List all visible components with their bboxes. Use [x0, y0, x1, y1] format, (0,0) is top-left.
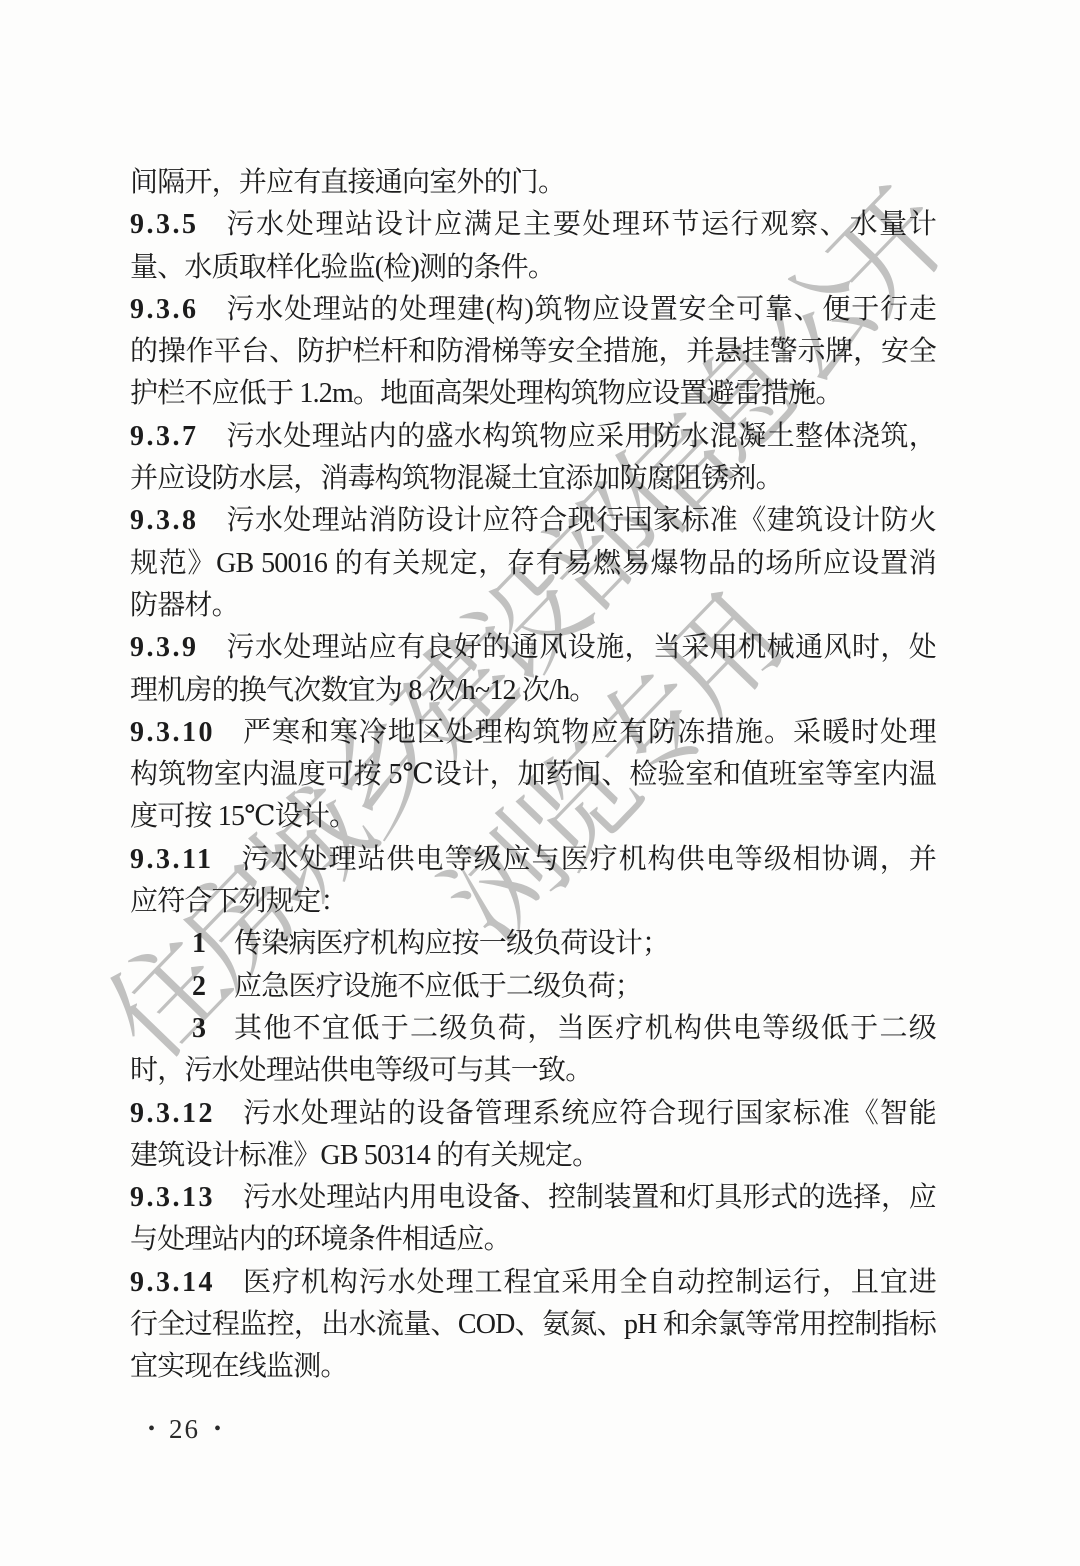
clause-line: 9.3.11污水处理站供电等级应与医疗机构供电等级相协调，并	[130, 839, 936, 881]
line-text: 时，污水处理站供电等级可与其一致。	[130, 1050, 936, 1092]
line-text: 间隔开，并应有直接通向室外的门。	[130, 162, 936, 204]
text-line: 行全过程监控，出水流量、COD、氨氮、pH 和余氯等常用控制指标	[130, 1304, 936, 1346]
page-number: 26	[169, 1414, 200, 1444]
line-text: 污水处理站设计应满足主要处理环节运行观察、水量计	[227, 204, 937, 246]
text-line: 宜实现在线监测。	[130, 1346, 936, 1388]
clause-number: 9.3.10	[130, 712, 215, 754]
line-text: 护栏不应低于 1.2m。地面高架处理构筑物应设置避雷措施。	[130, 373, 936, 415]
line-text: 严寒和寒冷地区处理构筑物应有防冻措施。采暖时处理	[243, 712, 936, 754]
line-text: 规范》GB 50016 的有关规定，存有易燃易爆物品的场所应设置消	[130, 543, 936, 585]
line-text: 医疗机构污水处理工程宜采用全自动控制运行，且宜进	[243, 1262, 936, 1304]
line-text: 度可按 15℃设计。	[130, 796, 936, 838]
footer-left-dot: •	[148, 1414, 155, 1444]
clause-number: 9.3.13	[130, 1177, 215, 1219]
text-line: 规范》GB 50016 的有关规定，存有易燃易爆物品的场所应设置消	[130, 543, 936, 585]
clause-line: 9.3.8污水处理站消防设计应符合现行国家标准《建筑设计防火	[130, 500, 936, 542]
clause-line: 9.3.7污水处理站内的盛水构筑物应采用防水混凝土整体浇筑，	[130, 416, 936, 458]
text-line: 并应设防水层，消毒构筑物混凝土宜添加防腐阻锈剂。	[130, 458, 936, 500]
clause-line: 9.3.14医疗机构污水处理工程宜采用全自动控制运行，且宜进	[130, 1262, 936, 1304]
text-line: 构筑物室内温度可按 5℃设计，加药间、检验室和值班室等室内温	[130, 754, 936, 796]
clause-number: 9.3.6	[130, 289, 199, 331]
line-text: 应符合下列规定：	[130, 881, 936, 923]
sub-item-line: 3其他不宜低于二级负荷，当医疗机构供电等级低于二级	[130, 1008, 936, 1050]
text-line: 量、水质取样化验监(检)测的条件。	[130, 247, 936, 289]
text-line: 间隔开，并应有直接通向室外的门。	[130, 162, 936, 204]
clause-number: 9.3.9	[130, 627, 199, 669]
sub-item-number: 1	[192, 923, 206, 965]
text-line: 应符合下列规定：	[130, 881, 936, 923]
document-page: 住房城乡建设部信息公开 浏览专用 间隔开，并应有直接通向室外的门。9.3.5污水…	[0, 0, 1080, 1566]
text-line: 理机房的换气次数宜为 8 次/h~12 次/h。	[130, 670, 936, 712]
page-footer: • 26 •	[148, 1414, 221, 1444]
line-text: 污水处理站供电等级应与医疗机构供电等级相协调，并	[241, 839, 936, 881]
clause-number: 9.3.12	[130, 1093, 215, 1135]
line-text: 与处理站内的环境条件相适应。	[130, 1219, 936, 1261]
clause-line: 9.3.5污水处理站设计应满足主要处理环节运行观察、水量计	[130, 204, 936, 246]
clause-line: 9.3.13污水处理站内用电设备、控制装置和灯具形式的选择，应	[130, 1177, 936, 1219]
clause-line: 9.3.6污水处理站的处理建(构)筑物应设置安全可靠、便于行走	[130, 289, 936, 331]
sub-item-line: 1传染病医疗机构应按一级负荷设计；	[130, 923, 936, 965]
clause-line: 9.3.9污水处理站应有良好的通风设施，当采用机械通风时，处	[130, 627, 936, 669]
line-text: 应急医疗设施不应低于二级负荷；	[234, 966, 936, 1008]
line-text: 污水处理站应有良好的通风设施，当采用机械通风时，处	[227, 627, 937, 669]
text-line: 与处理站内的环境条件相适应。	[130, 1219, 936, 1261]
clause-line: 9.3.12污水处理站的设备管理系统应符合现行国家标准《智能	[130, 1093, 936, 1135]
sub-item-number: 3	[192, 1008, 206, 1050]
sub-item-number: 2	[192, 966, 206, 1008]
line-text: 污水处理站的处理建(构)筑物应设置安全可靠、便于行走	[227, 289, 937, 331]
sub-item-line: 2应急医疗设施不应低于二级负荷；	[130, 966, 936, 1008]
text-line: 时，污水处理站供电等级可与其一致。	[130, 1050, 936, 1092]
line-text: 行全过程监控，出水流量、COD、氨氮、pH 和余氯等常用控制指标	[130, 1304, 936, 1346]
line-text: 污水处理站内的盛水构筑物应采用防水混凝土整体浇筑，	[227, 416, 937, 458]
line-text: 并应设防水层，消毒构筑物混凝土宜添加防腐阻锈剂。	[130, 458, 936, 500]
line-text: 传染病医疗机构应按一级负荷设计；	[234, 923, 936, 965]
text-line: 防器材。	[130, 585, 936, 627]
text-line: 的操作平台、防护栏杆和防滑梯等安全措施，并悬挂警示牌，安全	[130, 331, 936, 373]
text-line: 建筑设计标准》GB 50314 的有关规定。	[130, 1135, 936, 1177]
text-line: 护栏不应低于 1.2m。地面高架处理构筑物应设置避雷措施。	[130, 373, 936, 415]
footer-right-dot: •	[214, 1414, 221, 1444]
line-text: 其他不宜低于二级负荷，当医疗机构供电等级低于二级	[234, 1008, 936, 1050]
line-text: 污水处理站的设备管理系统应符合现行国家标准《智能	[243, 1093, 936, 1135]
line-text: 宜实现在线监测。	[130, 1346, 936, 1388]
clause-number: 9.3.7	[130, 416, 199, 458]
line-text: 量、水质取样化验监(检)测的条件。	[130, 247, 936, 289]
line-text: 污水处理站消防设计应符合现行国家标准《建筑设计防火	[227, 500, 937, 542]
content-area: 间隔开，并应有直接通向室外的门。9.3.5污水处理站设计应满足主要处理环节运行观…	[130, 162, 936, 1389]
line-text: 污水处理站内用电设备、控制装置和灯具形式的选择，应	[243, 1177, 936, 1219]
clause-number: 9.3.8	[130, 500, 199, 542]
line-text: 的操作平台、防护栏杆和防滑梯等安全措施，并悬挂警示牌，安全	[130, 331, 936, 373]
clause-number: 9.3.11	[130, 839, 213, 881]
line-text: 构筑物室内温度可按 5℃设计，加药间、检验室和值班室等室内温	[130, 754, 936, 796]
line-text: 建筑设计标准》GB 50314 的有关规定。	[130, 1135, 936, 1177]
clause-number: 9.3.14	[130, 1262, 215, 1304]
clause-number: 9.3.5	[130, 204, 199, 246]
text-line: 度可按 15℃设计。	[130, 796, 936, 838]
clause-line: 9.3.10严寒和寒冷地区处理构筑物应有防冻措施。采暖时处理	[130, 712, 936, 754]
line-text: 防器材。	[130, 585, 936, 627]
line-text: 理机房的换气次数宜为 8 次/h~12 次/h。	[130, 670, 936, 712]
